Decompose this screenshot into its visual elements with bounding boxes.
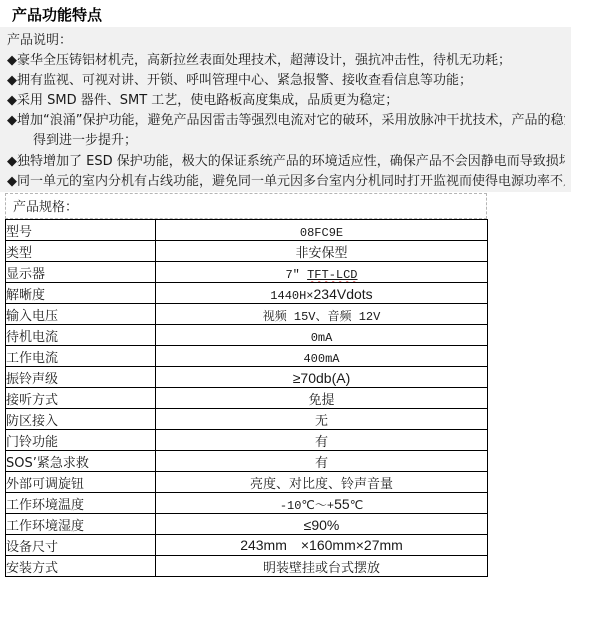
feature-bullet-2: ◆拥有监视、可视对讲、开锁、呼叫管理中心、紧急报警、接收查看信息等功能； (7, 71, 565, 91)
product-description-section: 产品说明： ◆豪华全压铸铝材机壳，高新拉丝表面处理技术，超薄设计，强抗冲击性，待… (0, 27, 571, 192)
spec-value: 7″ TFT-LCD (156, 262, 488, 283)
feature-bullet-3: ◆采用 SMD 器件、SMT 工艺，使电路板高度集成，品质更为稳定； (7, 91, 565, 111)
spec-label: 外部可调旋钮 (6, 472, 156, 493)
spec-label: 待机电流 (6, 325, 156, 346)
spec-label: 解晰度 (6, 283, 156, 304)
spec-value: 视频 15V、音频 12V (156, 304, 488, 325)
spec-label: 振铃声级 (6, 367, 156, 388)
feature-bullet-5: ◆独特增加了 ESD 保护功能，极大的保证系统产品的环境适应性，确保产品不会因静… (7, 152, 565, 172)
spec-heading: 产品规格： (13, 200, 78, 215)
description-heading: 产品说明： (7, 31, 565, 51)
feature-bullet-4: ◆增加“浪涌”保护功能，避免产品因雷击等强烈电流对它的破环，采用放脉冲干扰技术，… (7, 111, 565, 131)
spec-table: 型号 08FC9E 类型 非安保型 显示器 7″ TFT-LCD 解晰度 144… (5, 219, 488, 577)
spec-value: ≥70db(A) (156, 367, 488, 388)
spec-row-working-temp: 工作环境温度 -10℃～+55℃ (6, 493, 488, 514)
spec-row-answer-mode: 接听方式 免提 (6, 388, 488, 409)
spec-row-ring-level: 振铃声级 ≥70db(A) (6, 367, 488, 388)
spec-value: 有 (156, 430, 488, 451)
spec-label: 显示器 (6, 262, 156, 283)
spec-value: 1440H×234Vdots (156, 283, 488, 304)
feature-bullet-6: ◆同一单元的室内分机有占线功能，避免同一单元因多台室内分机同时打开监视而使得电源… (7, 172, 565, 192)
spec-value: 明装壁挂或台式摆放 (156, 556, 488, 577)
spec-row-doorbell: 门铃功能 有 (6, 430, 488, 451)
display-size-prefix: 7″ (285, 268, 307, 282)
spec-value: 0mA (156, 325, 488, 346)
spec-row-display: 显示器 7″ TFT-LCD (6, 262, 488, 283)
spec-value: ≤90% (156, 514, 488, 535)
spec-value: 亮度、对比度、铃声音量 (156, 472, 488, 493)
spec-value: 无 (156, 409, 488, 430)
spec-value: -10℃～+55℃ (156, 493, 488, 514)
spec-label: 防区接入 (6, 409, 156, 430)
spec-label: 输入电压 (6, 304, 156, 325)
spec-row-input-voltage: 输入电压 视频 15V、音频 12V (6, 304, 488, 325)
feature-bullet-4-continuation: 得到进一步提升； (7, 131, 565, 151)
spec-row-resolution: 解晰度 1440H×234Vdots (6, 283, 488, 304)
spec-label: 接听方式 (6, 388, 156, 409)
spec-label: 型号 (6, 220, 156, 241)
spellcheck-underlined-text: TFT-LCD (307, 268, 357, 282)
spec-row-adjust-knobs: 外部可调旋钮 亮度、对比度、铃声音量 (6, 472, 488, 493)
spec-row-model: 型号 08FC9E (6, 220, 488, 241)
spec-row-working-current: 工作电流 400mA (6, 346, 488, 367)
spec-label: 工作电流 (6, 346, 156, 367)
spec-label: 安装方式 (6, 556, 156, 577)
spec-row-working-humidity: 工作环境湿度 ≤90% (6, 514, 488, 535)
spec-value: 243mm ×160mm×27mm (156, 535, 488, 556)
spec-value: 有 (156, 451, 488, 472)
spec-row-device-size: 设备尺寸 243mm ×160mm×27mm (6, 535, 488, 556)
page-title: 产品功能特点 (12, 7, 610, 24)
spec-label: 门铃功能 (6, 430, 156, 451)
spec-row-mounting: 安装方式 明装壁挂或台式摆放 (6, 556, 488, 577)
product-doc-page: 产品功能特点 产品说明： ◆豪华全压铸铝材机壳，高新拉丝表面处理技术，超薄设计，… (0, 7, 610, 577)
display-panel-type: TFT-LCD (307, 268, 357, 282)
spec-label: 设备尺寸 (6, 535, 156, 556)
spec-label: 类型 (6, 241, 156, 262)
spec-row-sos: SOS’紧急求救 有 (6, 451, 488, 472)
spec-label: SOS’紧急求救 (6, 451, 156, 472)
spec-label: 工作环境温度 (6, 493, 156, 514)
spec-value: 免提 (156, 388, 488, 409)
feature-bullet-1: ◆豪华全压铸铝材机壳，高新拉丝表面处理技术，超薄设计，强抗冲击性，待机无功耗； (7, 51, 565, 71)
spec-label: 工作环境湿度 (6, 514, 156, 535)
spec-value: 400mA (156, 346, 488, 367)
spec-row-standby-current: 待机电流 0mA (6, 325, 488, 346)
spec-value: 非安保型 (156, 241, 488, 262)
spec-heading-box: 产品规格： (5, 193, 487, 219)
spec-row-zone-input: 防区接入 无 (6, 409, 488, 430)
spec-row-type: 类型 非安保型 (6, 241, 488, 262)
spec-value: 08FC9E (156, 220, 488, 241)
